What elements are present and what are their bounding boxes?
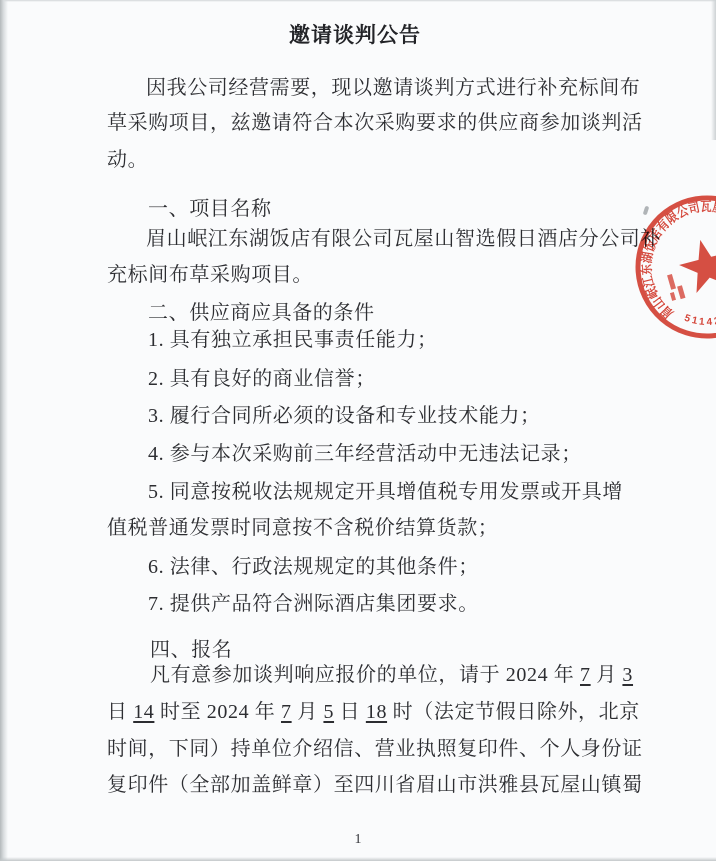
registration-line: 复印件（全部加盖鲜章）至四川省眉山市洪雅县瓦屋山镇蜀 — [107, 772, 643, 798]
scanned-document-page: 邀请谈判公告 因我公司经营需要，现以邀请谈判方式进行补充标间布 草采购项目，兹邀… — [0, 0, 716, 861]
text-segment: 时至 2024 年 — [154, 701, 281, 723]
condition-item: 1. 具有独立承担民事责任能力； — [148, 327, 438, 353]
condition-item: 2. 具有良好的商业信誉； — [148, 366, 376, 392]
filled-blank-value: 5 — [323, 701, 334, 723]
scan-edge-top — [0, 0, 716, 2]
intro-line: 草采购项目，兹邀请符合本次采购要求的供应商参加谈判活 — [107, 110, 643, 136]
registration-line: 日 14 时至 2024 年 7 月 5 日 18 时（法定节假日除外，北京 — [107, 699, 640, 725]
scan-edge-right — [711, 0, 716, 140]
section-heading: 一、项目名称 — [148, 196, 272, 222]
scan-edge-left — [0, 0, 8, 861]
filled-blank-value: 3 — [622, 664, 633, 686]
registration-line: 凡有意参加谈判响应报价的单位，请于 2024 年 7 月 3 — [150, 662, 633, 688]
text-segment: 凡有意参加谈判响应报价的单位，请于 2024 年 — [150, 664, 580, 686]
text-segment: 日 — [107, 701, 133, 723]
condition-item: 5. 同意按税收法规规定开具增值税专用发票或开具增 — [148, 479, 623, 505]
section-line: 眉山岷江东湖饭店有限公司瓦屋山智选假日酒店分公司补 — [146, 226, 661, 252]
scan-edge-bottom — [0, 857, 716, 861]
condition-item: 6. 法律、行政法规规定的其他条件； — [148, 554, 479, 580]
seal-serial-number: 5114230 — [682, 309, 716, 330]
filled-blank-value: 7 — [281, 701, 292, 723]
condition-item: 4. 参与本次采购前三年经营活动中无违法记录； — [148, 441, 582, 467]
filled-blank-value: 18 — [366, 701, 387, 723]
intro-line: 动。 — [107, 147, 148, 173]
company-seal-stamp: 眉山岷江东湖饭店有限公司瓦屋山智选假日酒店分公司 5114230 — [616, 176, 716, 357]
condition-item: 3. 履行合同所必须的设备和专业技术能力； — [148, 403, 541, 429]
condition-item: 值税普通发票时同意按不含税价结算货款； — [107, 515, 498, 541]
seal-inner-text-smudge — [667, 273, 686, 301]
condition-item: 7. 提供产品符合洲际酒店集团要求。 — [148, 591, 479, 617]
text-segment: 时（法定节假日除外，北京 — [387, 701, 640, 723]
document-title: 邀请谈判公告 — [0, 19, 710, 49]
intro-line: 因我公司经营需要，现以邀请谈判方式进行补充标间布 — [146, 75, 640, 101]
registration-line: 时间，下同）持单位介绍信、营业执照复印件、个人身份证 — [107, 736, 643, 762]
text-segment: 月 — [591, 664, 623, 686]
filled-blank-value: 14 — [133, 701, 154, 723]
text-segment: 月 — [292, 701, 324, 723]
section-heading: 二、供应商应具备的条件 — [148, 300, 375, 326]
text-segment: 日 — [334, 701, 366, 723]
section-heading: 四、报名 — [150, 637, 232, 663]
section-line: 充标间布草采购项目。 — [107, 262, 313, 288]
filled-blank-value: 7 — [580, 664, 591, 686]
page-number: 1 — [0, 832, 716, 848]
